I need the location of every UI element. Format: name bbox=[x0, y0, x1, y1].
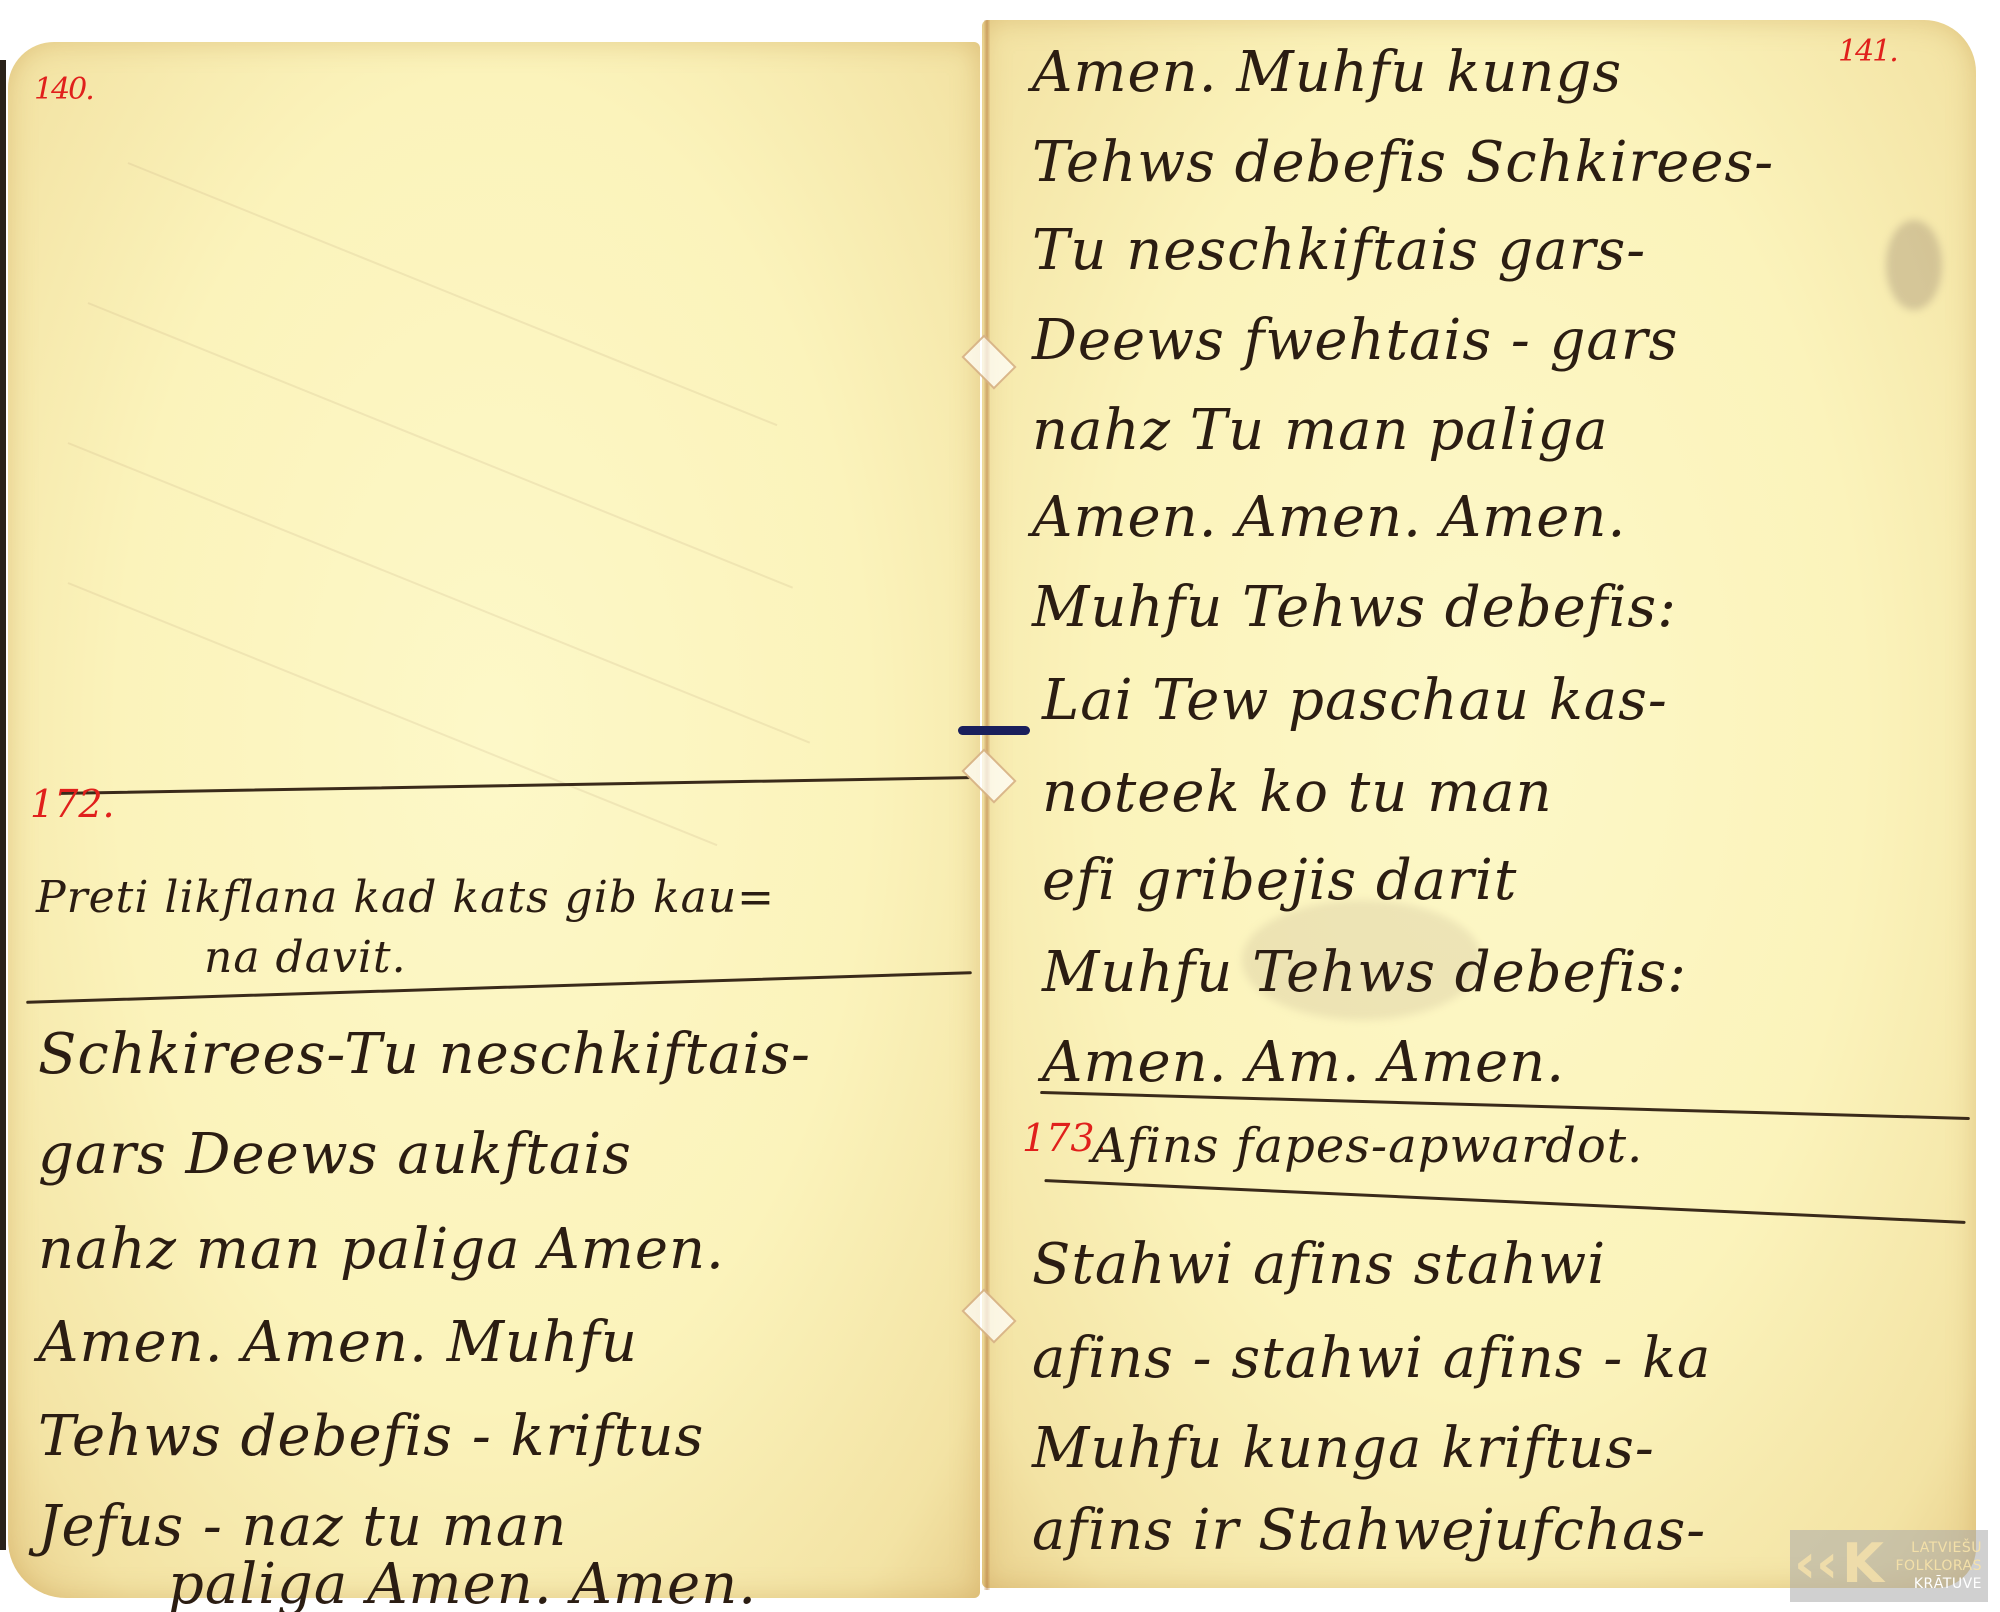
logo-text: LATVIEŠU FOLKLORAS KRĀTUVE bbox=[1886, 1539, 1988, 1593]
entry-rule-top bbox=[1040, 1091, 1970, 1120]
entry-number-172: 172. bbox=[30, 782, 115, 826]
binding-thread bbox=[958, 726, 1030, 735]
entry-rule-top bbox=[60, 776, 970, 795]
logo-glyph: K bbox=[1842, 1532, 1884, 1595]
continuation-line: Muhfu Tehws debefis: bbox=[1032, 575, 1677, 640]
bleed-through-line bbox=[68, 582, 718, 846]
continuation-line: Lai Tew paschau kas- bbox=[1042, 668, 1668, 733]
page-number-right: 141. bbox=[1838, 34, 1897, 69]
lfk-logo-icon: ‹ ‹ K bbox=[1790, 1530, 1886, 1602]
entry-body-line: Tehws debefis - kriftus bbox=[38, 1404, 704, 1469]
entry-body-line: Schkirees-Tu neschkiftais- bbox=[38, 1022, 811, 1087]
bleed-through-line bbox=[128, 162, 778, 426]
continuation-line: Muhfu Tehws debefis: bbox=[1042, 940, 1687, 1005]
notebook-spine bbox=[984, 20, 990, 1590]
continuation-line: Tehws debefis Schkirees- bbox=[1032, 130, 1774, 195]
continuation-line: Tu neschkiftais gars- bbox=[1032, 218, 1646, 283]
page-number-left: 140. bbox=[34, 72, 93, 107]
water-stain bbox=[1886, 220, 1942, 310]
bleed-through-line bbox=[88, 302, 793, 589]
archive-watermark-logo: ‹ ‹ K LATVIEŠU FOLKLORAS KRĀTUVE bbox=[1790, 1530, 1988, 1602]
continuation-line: Deews fwehtais - gars bbox=[1032, 308, 1678, 373]
continuation-line: Amen. Am. Amen. bbox=[1042, 1030, 1565, 1095]
entry-body-line: Jefus - naz tu man bbox=[38, 1494, 567, 1559]
entry-title-line-1: Preti likflana kad kats gib kau= bbox=[36, 872, 775, 923]
entry-title-line-1: Afins fapes-apwardot. bbox=[1092, 1118, 1643, 1174]
right-page: 141. Amen. Muhfu kungs Tehws debefis Sch… bbox=[982, 20, 1976, 1588]
entry-body-line: afins - stahwi afins - ka bbox=[1032, 1326, 1711, 1391]
continuation-line: Amen. Muhfu kungs bbox=[1032, 40, 1622, 105]
logo-text-line: LATVIEŠU bbox=[1911, 1539, 1982, 1557]
logo-text-line: FOLKLORAS bbox=[1896, 1557, 1983, 1575]
logo-glyph: ‹ bbox=[1794, 1532, 1816, 1595]
entry-body-line: nahz man paliga Amen. bbox=[38, 1217, 725, 1282]
manuscript-scan: 140. 172. Preti likflana kad kats gib ka… bbox=[0, 0, 2000, 1612]
entry-body-line: paliga Amen. Amen. bbox=[168, 1552, 757, 1612]
logo-glyph: ‹ bbox=[1816, 1532, 1838, 1595]
entry-rule-bottom bbox=[1044, 1179, 1965, 1224]
entry-body-line: Muhfu kunga kriftus- bbox=[1032, 1416, 1655, 1481]
logo-text-line: KRĀTUVE bbox=[1914, 1575, 1982, 1593]
entry-rule-bottom bbox=[26, 971, 972, 1004]
continuation-line: Amen. Amen. Amen. bbox=[1032, 485, 1626, 550]
entry-body-line: gars Deews aukftais bbox=[38, 1122, 632, 1187]
left-page: 140. 172. Preti likflana kad kats gib ka… bbox=[8, 42, 980, 1598]
entry-body-line: afins ir Stahwejufchas- bbox=[1032, 1498, 1706, 1563]
continuation-line: nahz Tu man paliga bbox=[1032, 398, 1609, 463]
continuation-line: efi gribejis darit bbox=[1042, 848, 1517, 913]
scan-edge-shadow bbox=[0, 60, 6, 1550]
continuation-line: noteek ko tu man bbox=[1042, 760, 1553, 825]
entry-body-line: Stahwi afins stahwi bbox=[1032, 1232, 1606, 1297]
bleed-through-line bbox=[68, 442, 810, 744]
entry-body-line: Amen. Amen. Muhfu bbox=[38, 1310, 638, 1375]
entry-title-line-2: na davit. bbox=[204, 932, 407, 983]
